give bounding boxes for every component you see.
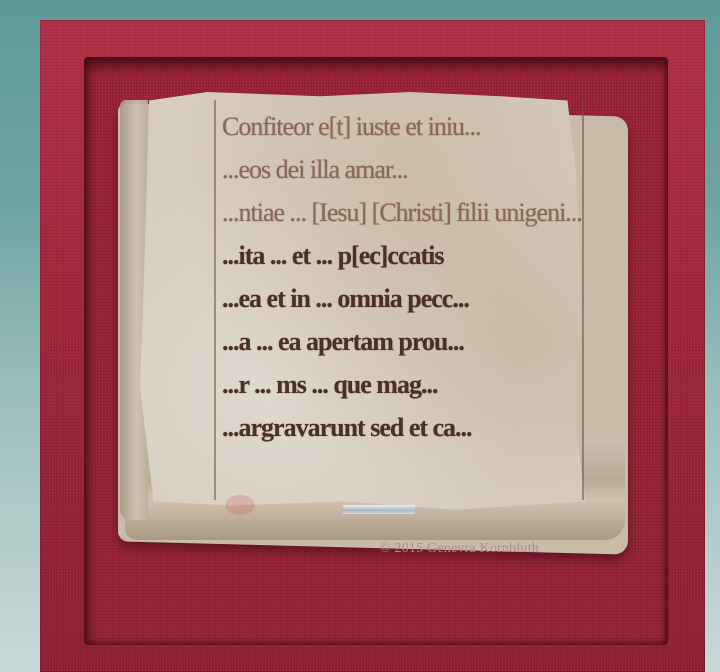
manuscript-line: ...ntiae ... [Iesu] [Christi] filii unig… bbox=[222, 198, 582, 241]
manuscript-line: Confiteor e[t] iuste et iniu... bbox=[222, 112, 582, 155]
manuscript-text: Confiteor e[t] iuste et iniu... ...eos d… bbox=[222, 112, 582, 456]
manuscript-line: ...r ... ms ... que mag... bbox=[222, 370, 582, 413]
manuscript-line: ...ea et in ... omnia pecc... bbox=[222, 284, 582, 327]
right-margin-ruling bbox=[582, 100, 584, 500]
copyright-watermark: © 2015 Genevra Kornbluth bbox=[380, 541, 539, 557]
manuscript-line: ...ita ... et ... p[ec]ccatis bbox=[222, 241, 582, 284]
left-margin-ruling bbox=[214, 100, 216, 500]
metal-mount-clip bbox=[343, 505, 415, 514]
manuscript-line: ...a ... ea apertam prou... bbox=[222, 327, 582, 370]
manuscript-line: ...argravarunt sed et ca... bbox=[222, 413, 582, 456]
red-stain bbox=[225, 495, 255, 515]
manuscript-line: ...eos dei illa amar... bbox=[222, 155, 582, 198]
